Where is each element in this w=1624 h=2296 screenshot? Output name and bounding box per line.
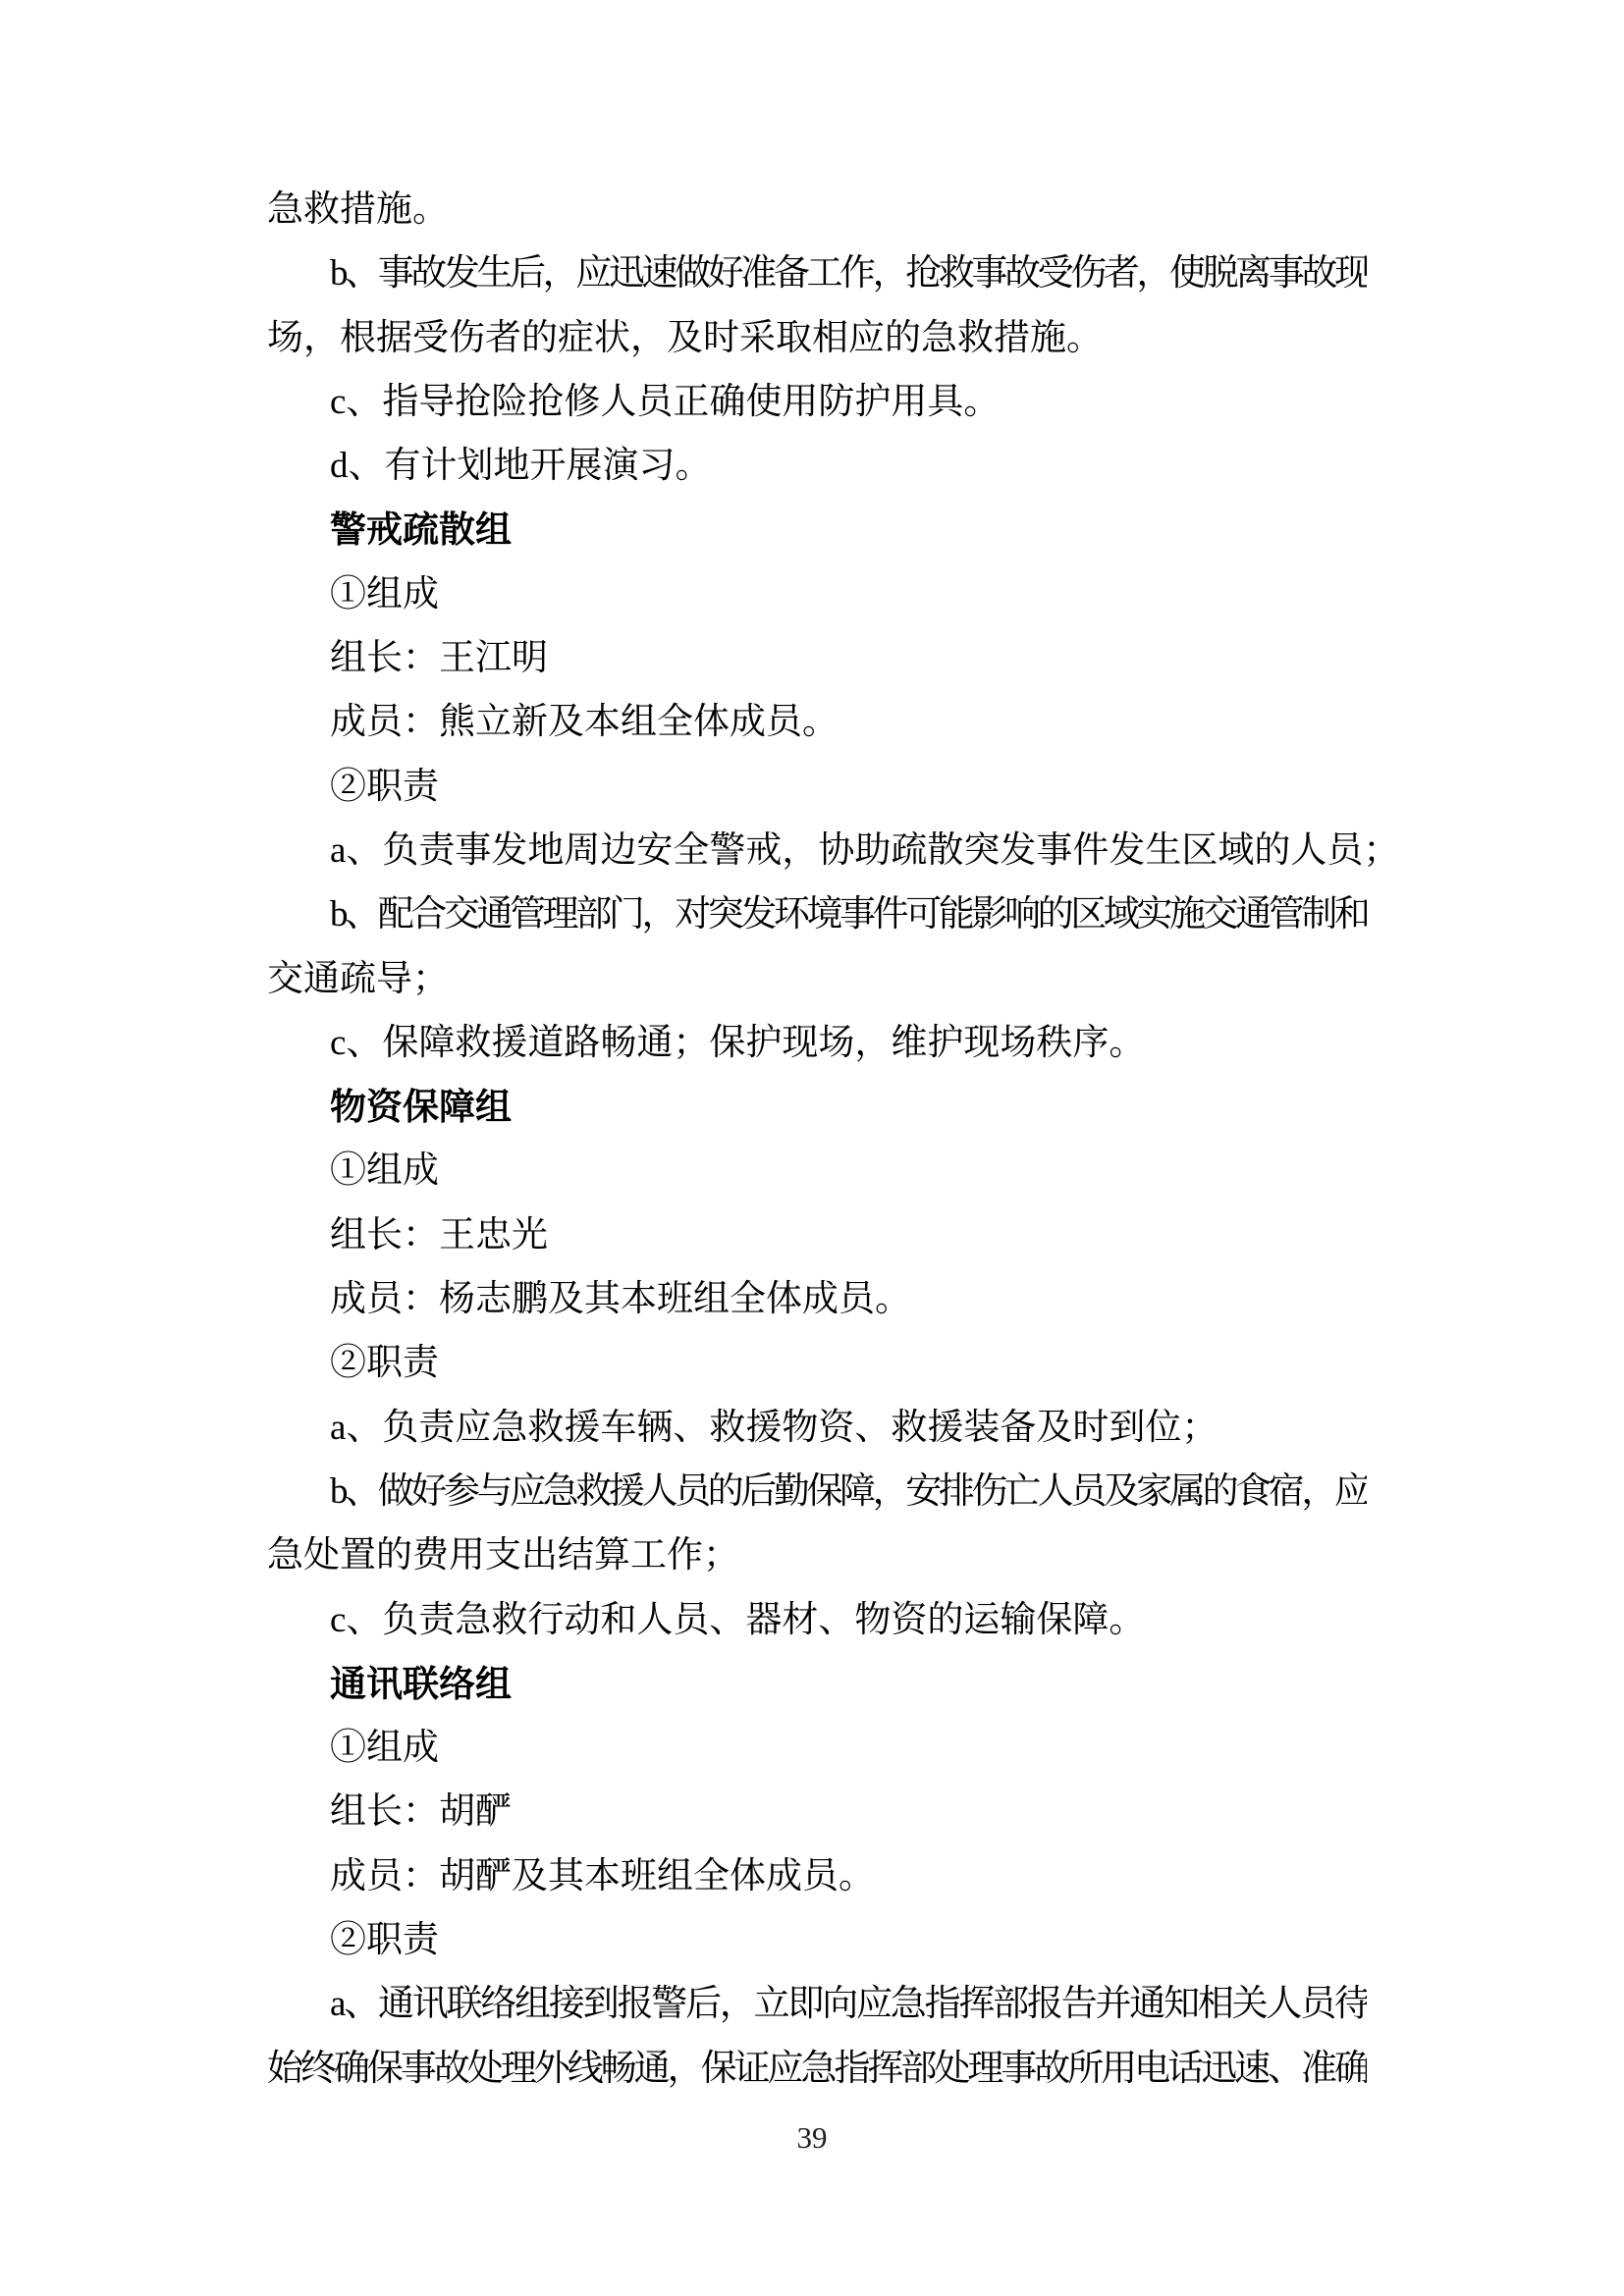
text-line: b、做好参与应急救援人员的后勤保障，安排伤亡人员及家属的食宿，应: [267, 1460, 1367, 1523]
text-line: c、负责急救行动和人员、器材、物资的运输保障。: [267, 1588, 1367, 1652]
text-line: 成员：杨志鹏及其本班组全体成员。: [267, 1267, 1367, 1331]
text-line: a、负责事发地周边安全警戒，协助疏散突发事件发生区域的人员；: [267, 819, 1367, 882]
section-heading: 通讯联络组: [267, 1652, 1367, 1716]
text-line: ②职责: [267, 1331, 1367, 1395]
text-line: ①组成: [267, 1139, 1367, 1202]
page-footer: 39: [0, 2120, 1624, 2156]
document-body: 急救措施。b、事故发生后，应迅速做好准备工作，抢救事故受伤者，使脱离事故现场，根…: [267, 178, 1367, 2101]
text-line: 交通疏导；: [267, 947, 1367, 1011]
text-line: a、负责应急救援车辆、救援物资、救援装备及时到位；: [267, 1396, 1367, 1460]
text-line: 成员：胡酽及其本班组全体成员。: [267, 1844, 1367, 1908]
text-line: c、指导抢险抢修人员正确使用防护用具。: [267, 370, 1367, 434]
section-heading: 物资保障组: [267, 1075, 1367, 1139]
page-number: 39: [797, 2120, 828, 2155]
text-line: 始终确保事故处理外线畅通，保证应急指挥部处理事故所用电话迅速、准确无: [267, 2037, 1367, 2101]
document-page: 急救措施。b、事故发生后，应迅速做好准备工作，抢救事故受伤者，使脱离事故现场，根…: [0, 0, 1624, 2296]
text-line: ①组成: [267, 1716, 1367, 1780]
text-line: d、有计划地开展演习。: [267, 434, 1367, 498]
text-line: 场，根据受伤者的症状，及时采取相应的急救措施。: [267, 306, 1367, 370]
text-line: 组长：王忠光: [267, 1203, 1367, 1267]
text-line: b、事故发生后，应迅速做好准备工作，抢救事故受伤者，使脱离事故现: [267, 241, 1367, 305]
text-line: b、配合交通管理部门，对突发环境事件可能影响的区域实施交通管制和: [267, 882, 1367, 946]
text-line: 急救措施。: [267, 178, 1367, 241]
text-line: 组长：王江明: [267, 626, 1367, 690]
section-heading: 警戒疏散组: [267, 498, 1367, 561]
text-line: 急处置的费用支出结算工作；: [267, 1523, 1367, 1587]
text-line: 组长：胡酽: [267, 1780, 1367, 1843]
text-line: 成员：熊立新及本组全体成员。: [267, 690, 1367, 754]
text-line: ①组成: [267, 562, 1367, 626]
text-line: a、通讯联络组接到报警后，立即向应急指挥部报告并通知相关人员待命。: [267, 1972, 1367, 2036]
text-line: ②职责: [267, 755, 1367, 819]
text-line: c、保障救援道路畅通；保护现场，维护现场秩序。: [267, 1011, 1367, 1075]
text-line: ②职责: [267, 1908, 1367, 1972]
